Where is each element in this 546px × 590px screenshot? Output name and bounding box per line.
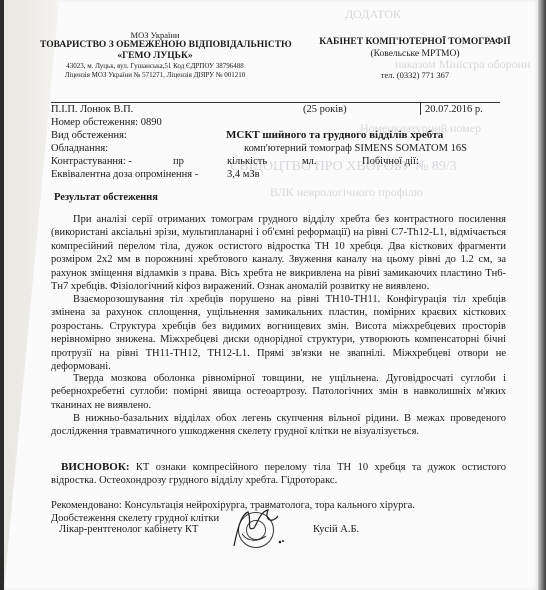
- results-paragraph-3: Тверда мозкова оболонка рівномірної товщ…: [51, 372, 506, 412]
- conclusion: ВИСНОВОК: КТ ознаки компресійного перело…: [51, 461, 506, 488]
- department-phone: тел. (0332) 771 367: [300, 69, 530, 81]
- results-paragraph-2: Взаєморозошування тіл хребців порушено н…: [51, 293, 506, 373]
- doctor-role: Лікар-рентгенолог кабінету КТ: [59, 524, 198, 536]
- org-name: ТОВАРИСТВО З ОБМЕЖЕНОЮ ВІДПОВІДАЛЬНІСТЮ: [40, 40, 270, 51]
- header-right: КАБІНЕТ КОМП'ЮТЕРНОЇ ТОМОГРАФІЇ (Ковельс…: [300, 36, 530, 81]
- scanner-edge: [538, 0, 546, 590]
- exam-date: 20.07.2016 р.: [425, 104, 483, 116]
- exam-type-label: Вид обстеження:: [51, 130, 127, 142]
- equipment-value: комп'ютерний томограф SIMENS SOMATOM 16S: [244, 143, 467, 155]
- exam-type-value: МСКТ шийного та грудного відділів хребта: [226, 129, 443, 141]
- ministry-label: МОЗ України: [40, 30, 270, 40]
- results-paragraph-4: В нижньо-базальних відділах обох легень …: [51, 412, 506, 439]
- patient-name: П.І.П. Лонюк В.П.: [51, 104, 133, 116]
- conclusion-label: ВИСНОВОК:: [61, 461, 129, 473]
- results-title: Результат обстеження: [54, 192, 158, 203]
- doctor-name: Кусій А.Б.: [313, 524, 359, 536]
- results-paragraph-1: При аналізі серії отриманих томограм гру…: [51, 213, 506, 293]
- org-short-name: «ГЕМО ЛУЦЬК»: [40, 51, 270, 62]
- signature-icon: [228, 506, 288, 552]
- org-license: Ліцензія МОЗ України № 571271, Ліцензія …: [40, 71, 270, 80]
- exam-number: Номер обстеження: 0890: [51, 117, 162, 129]
- dose-value: 3,4 мЗв: [227, 169, 260, 181]
- contrast-pr: пр: [173, 156, 184, 168]
- header-left: МОЗ України ТОВАРИСТВО З ОБМЕЖЕНОЮ ВІДПО…: [40, 30, 270, 80]
- dose-label: Еквівалентна доза опромінення -: [51, 169, 198, 181]
- org-address: 43023, м. Луцьк, вул. Гушанська,51 Код Є…: [40, 62, 270, 71]
- equipment-label: Обладнання:: [51, 143, 108, 155]
- department-title: КАБІНЕТ КОМП'ЮТЕРНОЇ ТОМОГРАФІЇ: [300, 36, 530, 48]
- side-effects-label: Побічної дії:: [362, 156, 419, 168]
- contrast-label: Контрастування: -: [51, 156, 132, 168]
- patient-age: (25 років): [303, 104, 347, 116]
- department-subtitle: (Ковельське МРТМО): [300, 48, 530, 60]
- contrast-quantity-label: кількість: [227, 156, 267, 168]
- date-divider: [420, 103, 421, 115]
- contrast-ml-label: мл.: [302, 156, 317, 168]
- header-divider: [51, 102, 500, 103]
